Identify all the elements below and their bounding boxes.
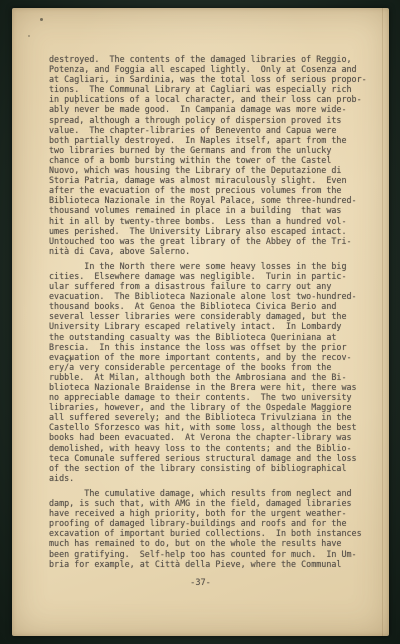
paper-speck: [40, 18, 43, 21]
page-edge-shadow: [382, 8, 383, 636]
paragraph-cumulative-damage: The cumulative damage, which results fro…: [49, 488, 373, 569]
scanned-page-photo: destroyed. The contents of the damaged l…: [0, 0, 400, 644]
document-page: destroyed. The contents of the damaged l…: [12, 8, 389, 636]
page-number: -37-: [12, 578, 389, 588]
paper-speck: [28, 35, 30, 37]
typewriter-insertion-correction: of: [65, 357, 73, 364]
paragraph-southern-libraries: destroyed. The contents of the damaged l…: [49, 54, 373, 256]
page-text: destroyed. The contents of the damaged l…: [49, 54, 373, 574]
paragraph-northern-libraries: In the North there were some heavy losse…: [49, 261, 373, 483]
